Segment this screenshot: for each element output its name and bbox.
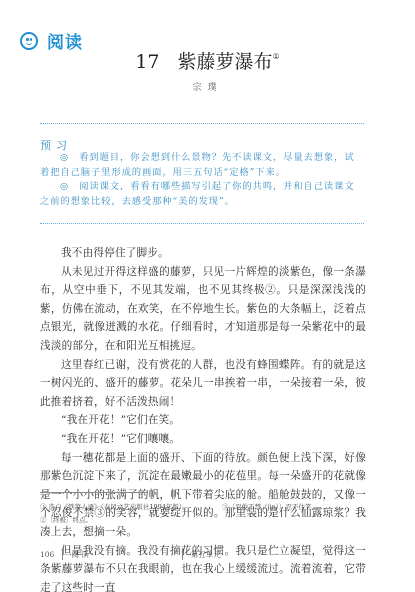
footnote-marker[interactable]: ①	[273, 52, 280, 61]
dotted-divider-bottom	[40, 223, 364, 224]
footnotes: ① 选自《铁箫人语》（春风文艺出版社1994年版）。 ③〔忍俊不禁（jìn）〕忍…	[40, 501, 370, 527]
footer-unit-label: 第五单元	[191, 549, 221, 560]
paragraph: 这里春红已谢，没有赏花的人群，也没有蜂围蝶阵。有的就是这一树闪光的、盛开的藤萝。…	[40, 356, 366, 412]
author: 宗璞	[0, 80, 415, 93]
lesson-title: 17紫藤萝瀑布①	[0, 47, 415, 74]
paragraph: 我不由得停住了脚步。	[40, 244, 366, 263]
lesson-title-text: 紫藤萝瀑布	[178, 51, 273, 73]
preview-item: ◎ 阅读课文，看看有哪些描写引起了你的共鸣，并和自己读课文之前的想象比较，去感受…	[40, 180, 364, 209]
paragraph: “我在开花！”它们嚷嚷。	[40, 430, 366, 449]
footer-divider	[62, 548, 63, 560]
footnote-2: ②〔终极〕终点。	[40, 514, 92, 527]
article-body: 我不由得停住了脚步。 从未见过开得这样盛的藤萝，只见一片辉煌的淡紫色，像一条瀑布…	[40, 244, 366, 592]
lesson-number: 17	[135, 51, 159, 73]
preview-item: ◎ 看到题目，你会想到什么景物？先不读课文，尽量去想象，试着把自己脑子里形成的画…	[40, 151, 364, 180]
footer-section-label: 阅 读	[71, 549, 88, 560]
preview-box: ◎ 看到题目，你会想到什么景物？先不读课文，尽量去想象，试着把自己脑子里形成的画…	[40, 151, 364, 209]
page-footer: 106 阅 读 第五单元	[40, 548, 221, 560]
footnote-rule	[40, 492, 148, 493]
footnote-3: ③〔忍俊不禁（jìn）〕忍不住笑。	[222, 501, 318, 514]
page-number: 106	[40, 550, 54, 559]
dotted-divider-top	[40, 123, 364, 124]
footnote-1: ① 选自《铁箫人语》（春风文艺出版社1994年版）。	[40, 501, 222, 514]
paragraph: 从未见过开得这样盛的藤萝，只见一片辉煌的淡紫色，像一条瀑布，从空中垂下，不见其发…	[40, 263, 366, 356]
paragraph: “我在开花！”它们在笑。	[40, 411, 366, 430]
paragraph: 每一穗花都是上面的盛开、下面的待放。颜色便上浅下深，好像那紫色沉淀下来了，沉淀在…	[40, 449, 366, 542]
footer-divider	[182, 548, 183, 560]
